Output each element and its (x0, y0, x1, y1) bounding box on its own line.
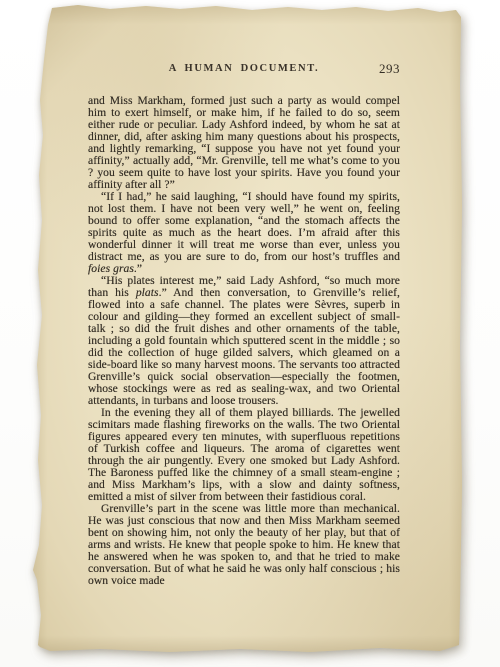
page-header: A HUMAN DOCUMENT. 293 (88, 63, 400, 79)
text-segment: In the evening they all of them played b… (88, 406, 400, 503)
running-title: A HUMAN DOCUMENT. (88, 63, 400, 74)
text-segment: .” And then conversation, to Grenville’s… (88, 286, 400, 407)
paragraph: In the evening they all of them played b… (88, 407, 400, 503)
paragraph: and Miss Markham, formed just such a par… (88, 95, 400, 191)
text-segment: Grenville’s part in the scene was little… (88, 502, 400, 587)
page-number: 293 (379, 61, 400, 77)
paragraph: “If I had,” he said laughing, “I should … (88, 191, 400, 275)
text-block: A HUMAN DOCUMENT. 293 and Miss Markham, … (88, 63, 400, 587)
text-segment: “If I had,” he said laughing, “I should … (88, 190, 400, 263)
text-segment: and Miss Markham, formed just such a par… (88, 94, 400, 191)
book-page-wrapper: A HUMAN DOCUMENT. 293 and Miss Markham, … (30, 5, 462, 655)
scan-background: A HUMAN DOCUMENT. 293 and Miss Markham, … (0, 0, 500, 667)
book-page: A HUMAN DOCUMENT. 293 and Miss Markham, … (30, 5, 462, 655)
paragraph: Grenville’s part in the scene was little… (88, 503, 400, 587)
paragraph: “His plates interest me,” said Lady Ashf… (88, 275, 400, 407)
body-text: and Miss Markham, formed just such a par… (88, 95, 400, 587)
